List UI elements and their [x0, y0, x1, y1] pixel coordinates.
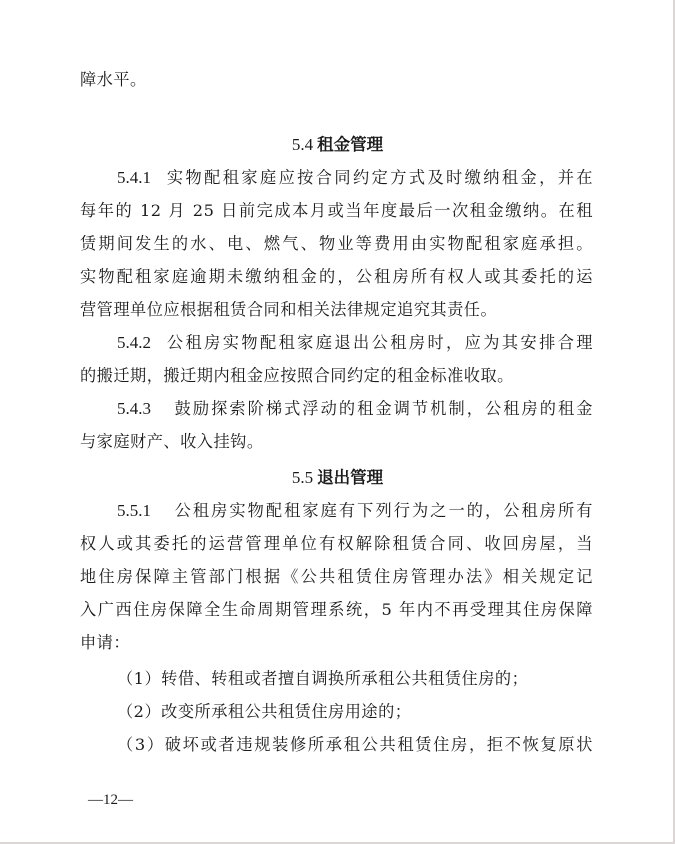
list-item-2: （2）改变所承租公共租赁住房用途的； [117, 700, 593, 724]
section-heading-5-4: 5.4租金管理 [0, 132, 675, 158]
section-number: 5.5 [292, 468, 313, 487]
clause-number: 5.4.3 [117, 399, 151, 418]
list-item-3: （3）破坏或者违规装修所承租公共租赁住房，拒不恢复原状 [117, 733, 593, 757]
section-title: 租金管理 [317, 135, 383, 154]
clause-text: 公租房实物配租家庭有下列行为之一的，公租房所有 [173, 501, 593, 520]
document-page: 障水平。 5.4租金管理 5.4.1实物配租家庭应按合同约定方式及时缴纳租金，并… [0, 0, 675, 844]
clause-5-4-1-line-2: 每年的 12 月 25 日前完成本月或当年度最后一次租金缴纳。在租 [80, 199, 593, 223]
clause-5-4-1-line-3: 赁期间发生的水、电、燃气、物业等费用由实物配租家庭承担。 [80, 232, 593, 256]
clause-5-4-1-line-4: 实物配租家庭逾期未缴纳租金的，公租房所有权人或其委托的运 [80, 265, 593, 289]
clause-5-5-1-line-3: 地住房保障主管部门根据《公共租赁住房管理办法》相关规定记 [80, 565, 593, 589]
section-number: 5.4 [292, 135, 313, 154]
clause-5-5-1-line-4: 入广西住房保障全生命周期管理系统，5 年内不再受理其住房保障 [80, 598, 593, 622]
clause-5-4-3-line-1: 5.4.3鼓励探索阶梯式浮动的租金调节机制，公租房的租金 [117, 397, 593, 421]
clause-text: 实物配租家庭应按合同约定方式及时缴纳租金，并在 [165, 168, 593, 187]
clause-5-5-1-line-5: 申请： [80, 631, 593, 655]
list-item-1: （1）转借、转租或者擅自调换所承租公共租赁住房的； [117, 667, 593, 691]
clause-5-4-3-line-2: 与家庭财产、收入挂钩。 [80, 430, 593, 454]
continuation-text: 障水平。 [80, 68, 593, 92]
section-heading-5-5: 5.5退出管理 [0, 465, 675, 491]
clause-text: 鼓励探索阶梯式浮动的租金调节机制，公租房的租金 [173, 399, 593, 418]
clause-5-4-1-line-5: 营管理单位应根据租赁合同和相关法律规定追究其责任。 [80, 298, 593, 322]
clause-5-4-1-line-1: 5.4.1实物配租家庭应按合同约定方式及时缴纳租金，并在 [117, 166, 593, 190]
clause-number: 5.4.2 [117, 333, 151, 352]
clause-5-5-1-line-1: 5.5.1公租房实物配租家庭有下列行为之一的，公租房所有 [117, 499, 593, 523]
clause-5-4-2-line-2: 的搬迁期，搬迁期内租金应按照合同约定的租金标准收取。 [80, 364, 593, 388]
clause-5-5-1-line-2: 权人或其委托的运营管理单位有权解除租赁合同、收回房屋，当 [80, 532, 593, 556]
clause-5-4-2-line-1: 5.4.2公租房实物配租家庭退出公租房时，应为其安排合理 [117, 331, 593, 355]
page-number: —12— [88, 792, 133, 809]
clause-number: 5.5.1 [117, 501, 151, 520]
clause-number: 5.4.1 [117, 168, 151, 187]
clause-text: 公租房实物配租家庭退出公租房时，应为其安排合理 [165, 333, 593, 352]
section-title: 退出管理 [317, 468, 383, 487]
